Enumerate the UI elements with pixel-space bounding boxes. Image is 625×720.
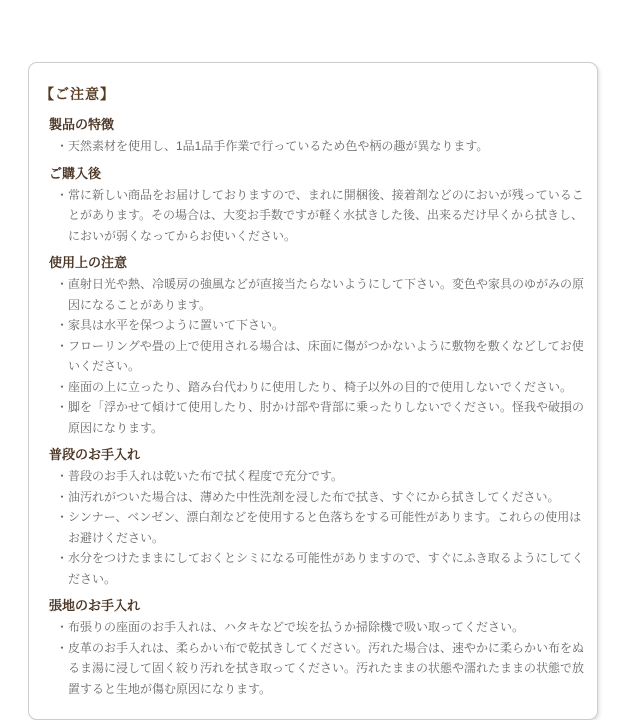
list-item: ・直射日光や熱、冷暖房の強風などが直接当たらないようにして下さい。変色や家具のゆ… xyxy=(56,274,584,315)
list-item: ・天然素材を使用し、1品1品手作業で行っているため色や柄の趣が異なります。 xyxy=(56,136,584,157)
section-heading: 使用上の注意 xyxy=(49,254,584,272)
section-heading: ご購入後 xyxy=(49,165,584,183)
section-items: ・常に新しい商品をお届けしておりますので、まれに開梱後、接着剤などのにおいが残っ… xyxy=(49,185,584,247)
notice-section: 製品の特徴 ・天然素材を使用し、1品1品手作業で行っているため色や柄の趣が異なり… xyxy=(40,116,584,157)
section-heading: 張地のお手入れ xyxy=(49,597,584,615)
notice-section: ご購入後 ・常に新しい商品をお届けしておりますので、まれに開梱後、接着剤などのに… xyxy=(40,165,584,247)
notice-box: 【ご注意】 製品の特徴 ・天然素材を使用し、1品1品手作業で行っているため色や柄… xyxy=(28,62,598,720)
list-item: ・家具は水平を保つように置いて下さい。 xyxy=(56,315,584,336)
section-items: ・直射日光や熱、冷暖房の強風などが直接当たらないようにして下さい。変色や家具のゆ… xyxy=(49,274,584,438)
page-title: 【ご注意】 xyxy=(40,85,584,104)
list-item: ・常に新しい商品をお届けしておりますので、まれに開梱後、接着剤などのにおいが残っ… xyxy=(56,185,584,247)
list-item: ・普段のお手入れは乾いた布で拭く程度で充分です。 xyxy=(56,466,584,487)
section-heading: 普段のお手入れ xyxy=(49,446,584,464)
sections-container: 製品の特徴 ・天然素材を使用し、1品1品手作業で行っているため色や柄の趣が異なり… xyxy=(40,116,584,699)
page: 【ご注意】 製品の特徴 ・天然素材を使用し、1品1品手作業で行っているため色や柄… xyxy=(0,0,625,681)
list-item: ・脚を「浮かせて傾けて使用したり、肘かけ部や背部に乗ったりしないでください。怪我… xyxy=(56,397,584,438)
section-heading: 製品の特徴 xyxy=(49,116,584,134)
list-item: ・布張りの座面のお手入れは、ハタキなどで埃を払うか掃除機で吸い取ってください。 xyxy=(56,617,584,638)
list-item: ・水分をつけたままにしておくとシミになる可能性がありますので、すぐにふき取るよう… xyxy=(56,548,584,589)
section-items: ・普段のお手入れは乾いた布で拭く程度で充分です。・油汚れがついた場合は、薄めた中… xyxy=(49,466,584,589)
notice-section: 張地のお手入れ ・布張りの座面のお手入れは、ハタキなどで埃を払うか掃除機で吸い取… xyxy=(40,597,584,699)
list-item: ・座面の上に立ったり、踏み台代わりに使用したり、椅子以外の目的で使用しないでくだ… xyxy=(56,377,584,398)
list-item: ・皮革のお手入れは、柔らかい布で乾拭きしてください。汚れた場合は、速やかに柔らか… xyxy=(56,638,584,700)
list-item: ・油汚れがついた場合は、薄めた中性洗剤を浸した布で拭き、すぐにから拭きしてくださ… xyxy=(56,487,584,508)
section-items: ・天然素材を使用し、1品1品手作業で行っているため色や柄の趣が異なります。 xyxy=(49,136,584,157)
notice-section: 使用上の注意 ・直射日光や熱、冷暖房の強風などが直接当たらないようにして下さい。… xyxy=(40,254,584,438)
list-item: ・シンナー、ベンゼン、漂白剤などを使用すると色落ちをする可能性があります。これら… xyxy=(56,507,584,548)
notice-section: 普段のお手入れ ・普段のお手入れは乾いた布で拭く程度で充分です。・油汚れがついた… xyxy=(40,446,584,589)
list-item: ・フローリングや畳の上で使用される場合は、床面に傷がつかないように敷物を敷くなど… xyxy=(56,336,584,377)
section-items: ・布張りの座面のお手入れは、ハタキなどで埃を払うか掃除機で吸い取ってください。・… xyxy=(49,617,584,699)
